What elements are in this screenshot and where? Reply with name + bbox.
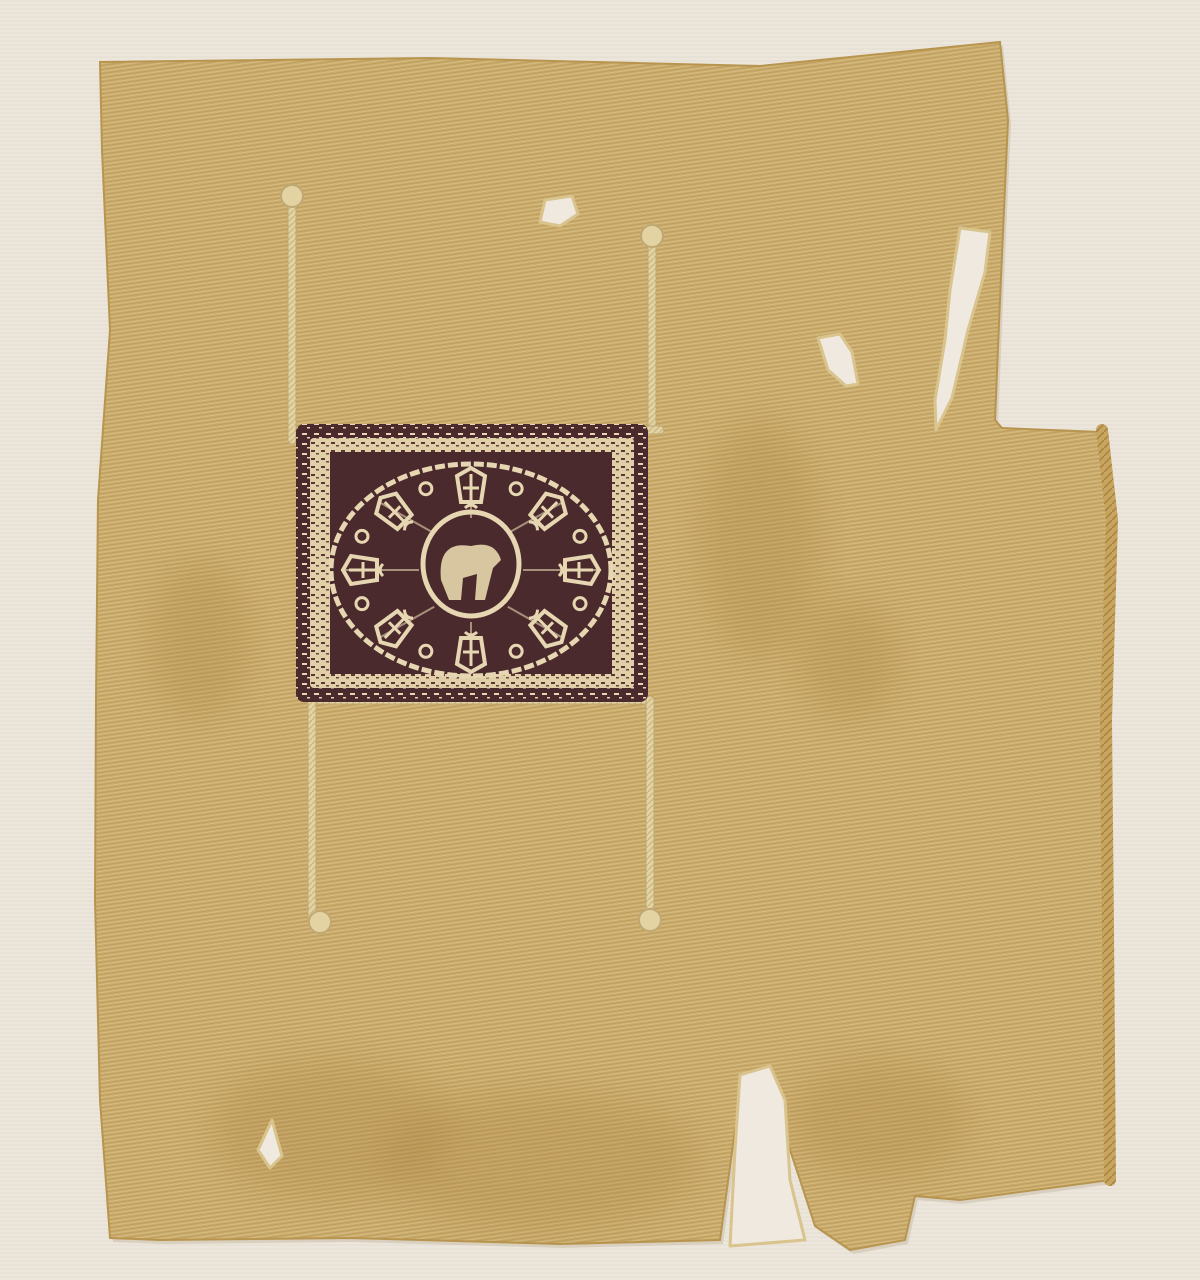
stain [210, 1060, 450, 1200]
stain [700, 420, 820, 660]
textile-photograph [0, 0, 1200, 1280]
cord-knot [309, 911, 331, 933]
textile-fragment-illustration [0, 0, 1200, 1280]
cord-knot [281, 185, 303, 207]
cord-knot [639, 909, 661, 931]
stain [790, 1060, 970, 1180]
stain [800, 600, 900, 720]
cord-knot [641, 225, 663, 247]
tapestry-panel [296, 424, 648, 702]
stain [150, 560, 250, 720]
